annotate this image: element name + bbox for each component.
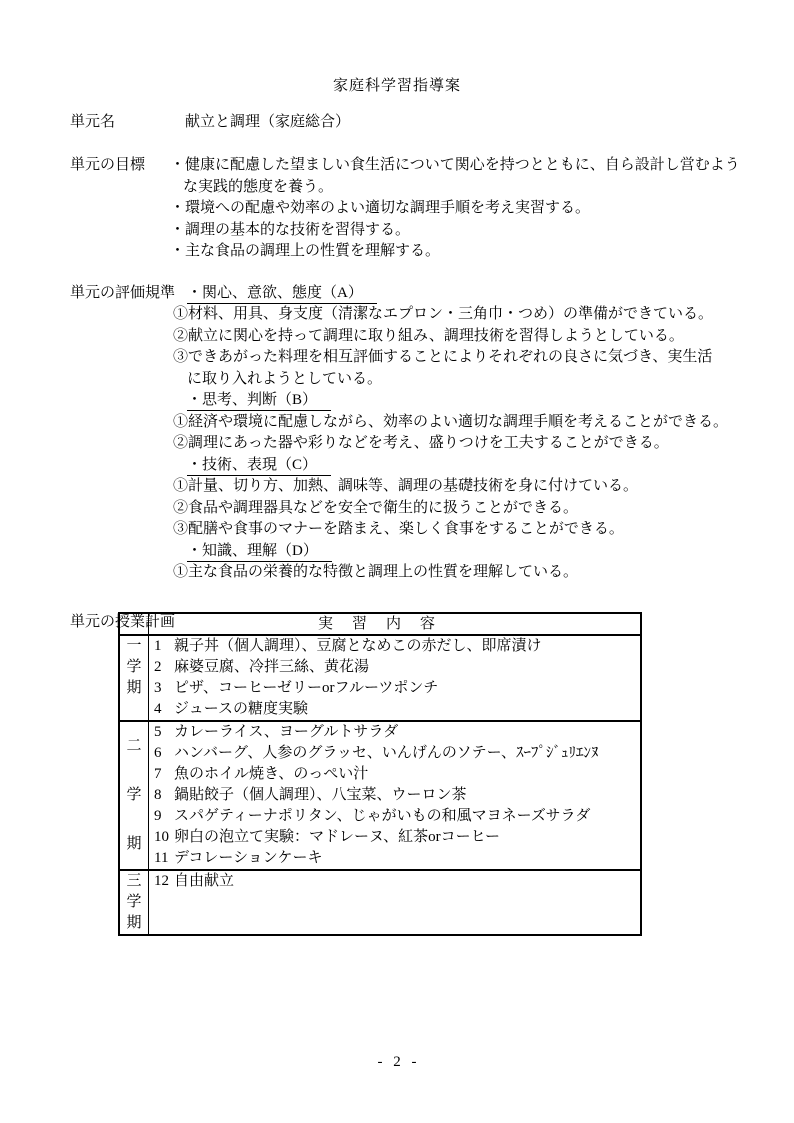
row-number: 2 [149, 657, 174, 678]
table-row: 9 スパゲティーナポリタン、じゃがいもの和風マヨネーズサラダ [149, 806, 640, 827]
row-number: 11 [149, 848, 174, 869]
criteria-heading-a: ・関心、意欲、態度（A） [173, 283, 754, 305]
term-group-2: 二 学 期 5 カレーライス、ヨーグルトサラダ 6 ハンバーグ、人参のグラッセ、… [120, 720, 640, 869]
row-text: 鍋貼餃子（個人調理）、八宝菜、ウーロン茶 [174, 785, 640, 806]
row-number: 12 [149, 871, 174, 892]
criteria-item: ①材料、用具、身支度（清潔なエプロン・三角巾・つめ）の準備ができている。 [173, 304, 754, 326]
goal-line: ・調理の基本的な技術を習得する。 [170, 220, 754, 242]
document-title: 家庭科学習指導案 [0, 0, 794, 98]
table-row: 10 卵白の泡立て実験：マドレーヌ、紅茶orコーヒー [149, 827, 640, 848]
criteria-item: ①計量、切り方、加熱、調味等、調理の基礎技術を身に付けている。 [173, 476, 754, 498]
table-row: 6 ハンバーグ、人参のグラッセ、いんげんのソテー、ｽｰﾌﾟｼﾞｭﾘｴﾝﾇ [149, 743, 640, 764]
row-number: 5 [149, 722, 174, 743]
section-unit-criteria: 単元の評価規準 ・関心、意欲、態度（A） ①材料、用具、身支度（清潔なエプロン・… [70, 283, 754, 584]
row-text: 親子丼（個人調理）、豆腐となめこの赤だし、即席漬け [174, 636, 640, 657]
row-number: 3 [149, 678, 174, 699]
table-row: 2 麻婆豆腐、冷拌三絲、黄花湯 [149, 657, 640, 678]
row-text: ピザ、コーヒーゼリーorフルーツポンチ [174, 678, 640, 699]
criteria-item: ③配膳や食事のマナーを踏まえ、楽しく食事をすることができる。 [173, 519, 754, 541]
row-text: 麻婆豆腐、冷拌三絲、黄花湯 [174, 657, 640, 678]
unit-name-value: 献立と調理（家庭総合） [185, 112, 754, 134]
term-cell-1: 一 学 期 [120, 636, 149, 720]
table-row: 3 ピザ、コーヒーゼリーorフルーツポンチ [149, 678, 640, 699]
table-row: 4 ジュースの糖度実験 [149, 699, 640, 720]
row-number: 1 [149, 636, 174, 657]
table-row: 8 鍋貼餃子（個人調理）、八宝菜、ウーロン茶 [149, 785, 640, 806]
goal-line: ・環境への配慮や効率のよい適切な調理手順を考え実習する。 [170, 198, 754, 220]
row-number: 8 [149, 785, 174, 806]
row-number: 7 [149, 764, 174, 785]
row-text: スパゲティーナポリタン、じゃがいもの和風マヨネーズサラダ [174, 806, 640, 827]
table-header-row: 実 習 内 容 [120, 614, 640, 636]
table-row: 12 自由献立 [149, 871, 640, 892]
row-text: 魚のホイル焼き、のっぺい汁 [174, 764, 640, 785]
criteria-item-wrap: に取り入れようとしている。 [173, 369, 754, 391]
criteria-heading-d: ・知識、理解（D） [173, 541, 754, 563]
criteria-item: ②献立に関心を持って調理に取り組み、調理技術を習得しようとしている。 [173, 326, 754, 348]
term-group-1: 一 学 期 1 親子丼（個人調理）、豆腐となめこの赤だし、即席漬け 2 麻婆豆腐… [120, 636, 640, 720]
table-row: 7 魚のホイル焼き、のっぺい汁 [149, 764, 640, 785]
lesson-plan-label: 単元の授業計画 [70, 612, 175, 634]
table-row: 1 親子丼（個人調理）、豆腐となめこの赤だし、即席漬け [149, 636, 640, 657]
row-text: 自由献立 [174, 871, 640, 892]
criteria-item: ③できあがった料理を相互評価することによりそれぞれの良さに気づき、実生活 [173, 347, 754, 369]
row-text: 卵白の泡立て実験：マドレーヌ、紅茶orコーヒー [174, 827, 640, 848]
unit-name-label: 単元名 [70, 112, 115, 134]
table-header-title: 実 習 内 容 [149, 614, 640, 634]
row-text: カレーライス、ヨーグルトサラダ [174, 722, 640, 743]
row-text: ジュースの糖度実験 [174, 699, 640, 720]
unit-criteria-label: 単元の評価規準 [70, 283, 175, 305]
row-number: 10 [149, 827, 174, 848]
criteria-heading-b: ・思考、判断（B） [173, 390, 754, 412]
criteria-item: ②調理にあった器や彩りなどを考え、盛りつけを工夫することができる。 [173, 433, 754, 455]
term-group-3: 三 学 期 12 自由献立 [120, 869, 640, 934]
document-page: 家庭科学習指導案 単元名 献立と調理（家庭総合） 単元の目標 ・健康に配慮した望… [0, 0, 794, 1123]
row-number: 6 [149, 743, 174, 764]
term-cell-3: 三 学 期 [120, 871, 149, 934]
row-text: ハンバーグ、人参のグラッセ、いんげんのソテー、ｽｰﾌﾟｼﾞｭﾘｴﾝﾇ [174, 743, 640, 764]
lesson-plan-table: 実 習 内 容 一 学 期 1 親子丼（個人調理）、豆腐となめこの赤だし、即席漬… [118, 612, 642, 936]
table-row: 11 デコレーションケーキ [149, 848, 640, 869]
goal-line: ・主な食品の調理上の性質を理解する。 [170, 241, 754, 263]
criteria-item: ①主な食品の栄養的な特徴と調理上の性質を理解している。 [173, 562, 754, 584]
row-text: デコレーションケーキ [174, 848, 640, 869]
section-unit-name: 単元名 献立と調理（家庭総合） [70, 112, 754, 134]
page-number: - 2 - [0, 1052, 794, 1074]
unit-goals-label: 単元の目標 [70, 155, 145, 177]
table-row: 5 カレーライス、ヨーグルトサラダ [149, 722, 640, 743]
criteria-heading-c: ・技術、表現（C） [173, 455, 754, 477]
row-number: 9 [149, 806, 174, 827]
section-unit-goals: 単元の目標 ・健康に配慮した望ましい食生活について関心を持つとともに、自ら設計し… [70, 155, 754, 263]
criteria-item: ①経済や環境に配慮しながら、効率のよい適切な調理手順を考えることができる。 [173, 412, 754, 434]
term-cell-2: 二 学 期 [120, 722, 149, 869]
goal-line: な実践的態度を養う。 [170, 177, 754, 199]
goal-line: ・健康に配慮した望ましい食生活について関心を持つとともに、自ら設計し営むよう [170, 155, 754, 177]
criteria-item: ②食品や調理器具などを安全で衛生的に扱うことができる。 [173, 498, 754, 520]
row-number: 4 [149, 699, 174, 720]
